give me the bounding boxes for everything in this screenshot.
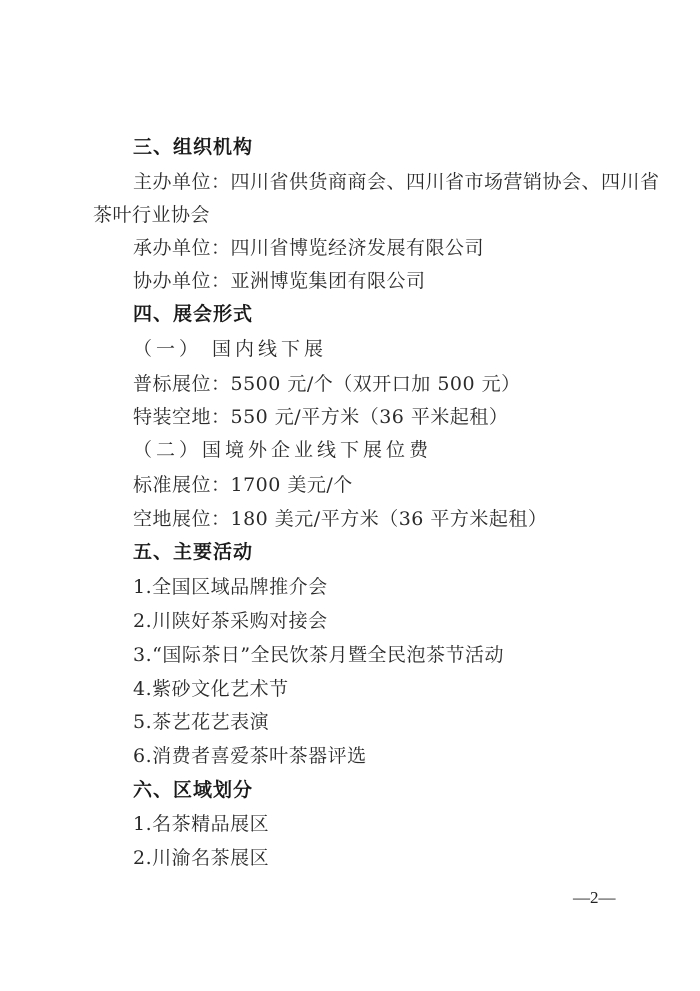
document-page: 三、组织机构 主办单位：四川省供货商商会、四川省市场营销协会、四川省 茶叶行业协… xyxy=(0,0,700,991)
activity-item: 2.川陕好茶采购对接会 xyxy=(133,609,328,633)
section-heading-zones: 六、区域划分 xyxy=(133,778,253,802)
activity-item: 5.茶艺花艺表演 xyxy=(133,710,269,734)
section-heading-activities: 五、主要活动 xyxy=(133,540,253,564)
subsection-domestic: （一） 国内线下展 xyxy=(133,337,327,361)
overseas-standard-booth-price: 标准展位：1700 美元/个 xyxy=(133,473,353,497)
section-heading-organization: 三、组织机构 xyxy=(133,135,253,159)
host-units-line: 主办单位：四川省供货商商会、四川省市场营销协会、四川省 xyxy=(133,170,660,194)
activity-item: 1.全国区域品牌推介会 xyxy=(133,575,328,599)
page-number: —2— xyxy=(573,888,616,908)
special-space-price: 特装空地：550 元/平方米（36 平米起租） xyxy=(133,405,508,429)
organizer-line: 承办单位：四川省博览经济发展有限公司 xyxy=(133,236,484,260)
overseas-space-price: 空地展位：180 美元/平方米（36 平方米起租） xyxy=(133,507,547,531)
section-heading-exhibition-form: 四、展会形式 xyxy=(133,302,253,326)
zone-item: 2.川渝名茶展区 xyxy=(133,846,269,870)
standard-booth-price: 普标展位：5500 元/个（双开口加 500 元） xyxy=(133,372,521,396)
host-units-line-wrap: 茶叶行业协会 xyxy=(93,203,210,227)
activity-item: 4.紫砂文化艺术节 xyxy=(133,677,289,701)
activity-item: 6.消费者喜爱茶叶茶器评选 xyxy=(133,744,367,768)
co-organizer-line: 协办单位：亚洲博览集团有限公司 xyxy=(133,269,426,293)
zone-item: 1.名茶精品展区 xyxy=(133,812,269,836)
subsection-overseas: （二）国境外企业线下展位费 xyxy=(133,438,432,462)
activity-item: 3.“国际茶日”全民饮茶月暨全民泡茶节活动 xyxy=(133,643,504,667)
